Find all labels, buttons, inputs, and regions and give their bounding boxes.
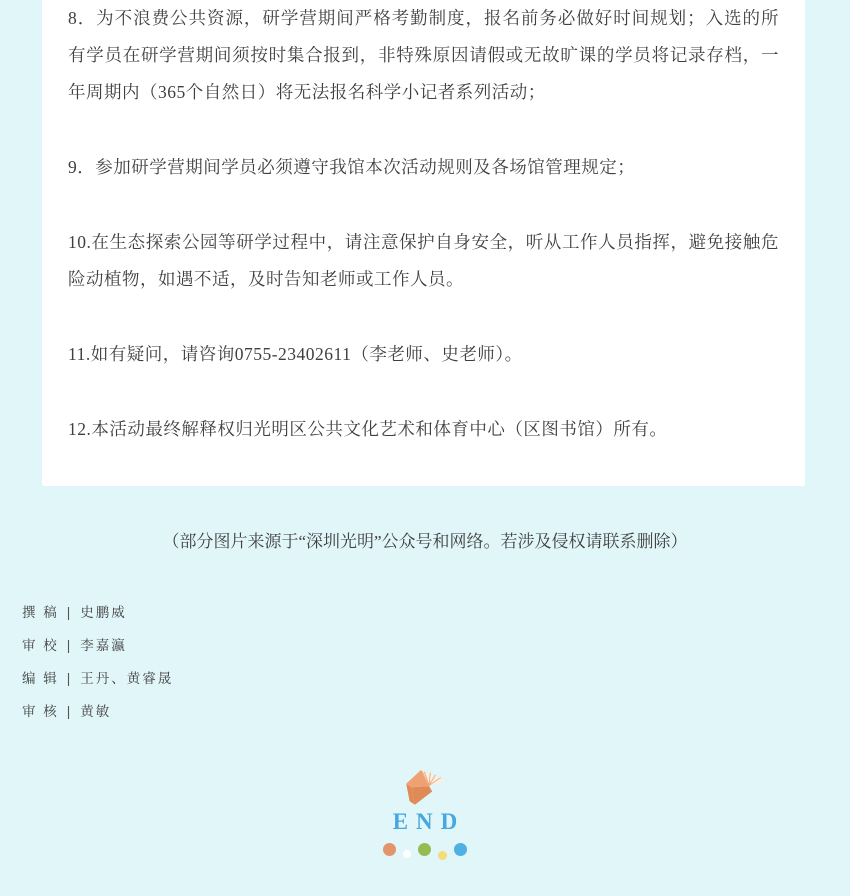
image-source-disclaimer: （部分图片来源于“深圳光明”公众号和网络。若涉及侵权请联系删除） [0, 528, 850, 556]
credit-separator: | [67, 638, 73, 653]
credit-role: 撰 稿 [22, 605, 59, 620]
credit-separator: | [67, 671, 73, 686]
credit-role: 审 校 [22, 638, 59, 653]
notice-item-9: 9．参加研学营期间学员必须遵守我馆本次活动规则及各场馆管理规定； [68, 149, 779, 186]
dot-green [418, 843, 431, 856]
end-label: END [0, 810, 850, 834]
credit-separator: | [67, 704, 73, 719]
credit-role: 审 核 [22, 704, 59, 719]
dot-orange [383, 843, 396, 856]
credit-role: 编 辑 [22, 671, 59, 686]
credit-name: 王丹、黄睿晟 [80, 671, 173, 686]
open-book-icon [398, 764, 452, 806]
dot-blue [454, 843, 467, 856]
credit-row-editor: 编 辑|王丹、黄睿晟 [22, 662, 850, 695]
dot-yellow [438, 851, 447, 860]
credit-name: 黄敏 [80, 704, 111, 719]
dot-white [403, 850, 411, 858]
notice-item-11: 11.如有疑问，请咨询0755-23402611（李老师、史老师）。 [68, 336, 779, 373]
credit-row-writer: 撰 稿|史鹏威 [22, 596, 850, 629]
end-block: END [0, 764, 850, 860]
notice-item-10: 10.在生态探索公园等研学过程中，请注意保护自身安全，听从工作人员指挥，避免接触… [68, 224, 779, 298]
decorative-dots [0, 843, 850, 860]
credit-row-proofreader: 审 校|李嘉瀛 [22, 629, 850, 662]
credit-row-reviewer: 审 核|黄敏 [22, 695, 850, 728]
credit-name: 史鹏威 [80, 605, 127, 620]
notice-item-8: 8．为不浪费公共资源，研学营期间严格考勤制度，报名前务必做好时间规划；入选的所有… [68, 0, 779, 111]
notice-card: 8．为不浪费公共资源，研学营期间严格考勤制度，报名前务必做好时间规划；入选的所有… [42, 0, 805, 486]
credits-block: 撰 稿|史鹏威 审 校|李嘉瀛 编 辑|王丹、黄睿晟 审 核|黄敏 [22, 596, 850, 728]
credit-separator: | [67, 605, 73, 620]
article-page: 8．为不浪费公共资源，研学营期间严格考勤制度，报名前务必做好时间规划；入选的所有… [0, 0, 850, 860]
notice-item-12: 12.本活动最终解释权归光明区公共文化艺术和体育中心（区图书馆）所有。 [68, 411, 779, 448]
credit-name: 李嘉瀛 [80, 638, 127, 653]
